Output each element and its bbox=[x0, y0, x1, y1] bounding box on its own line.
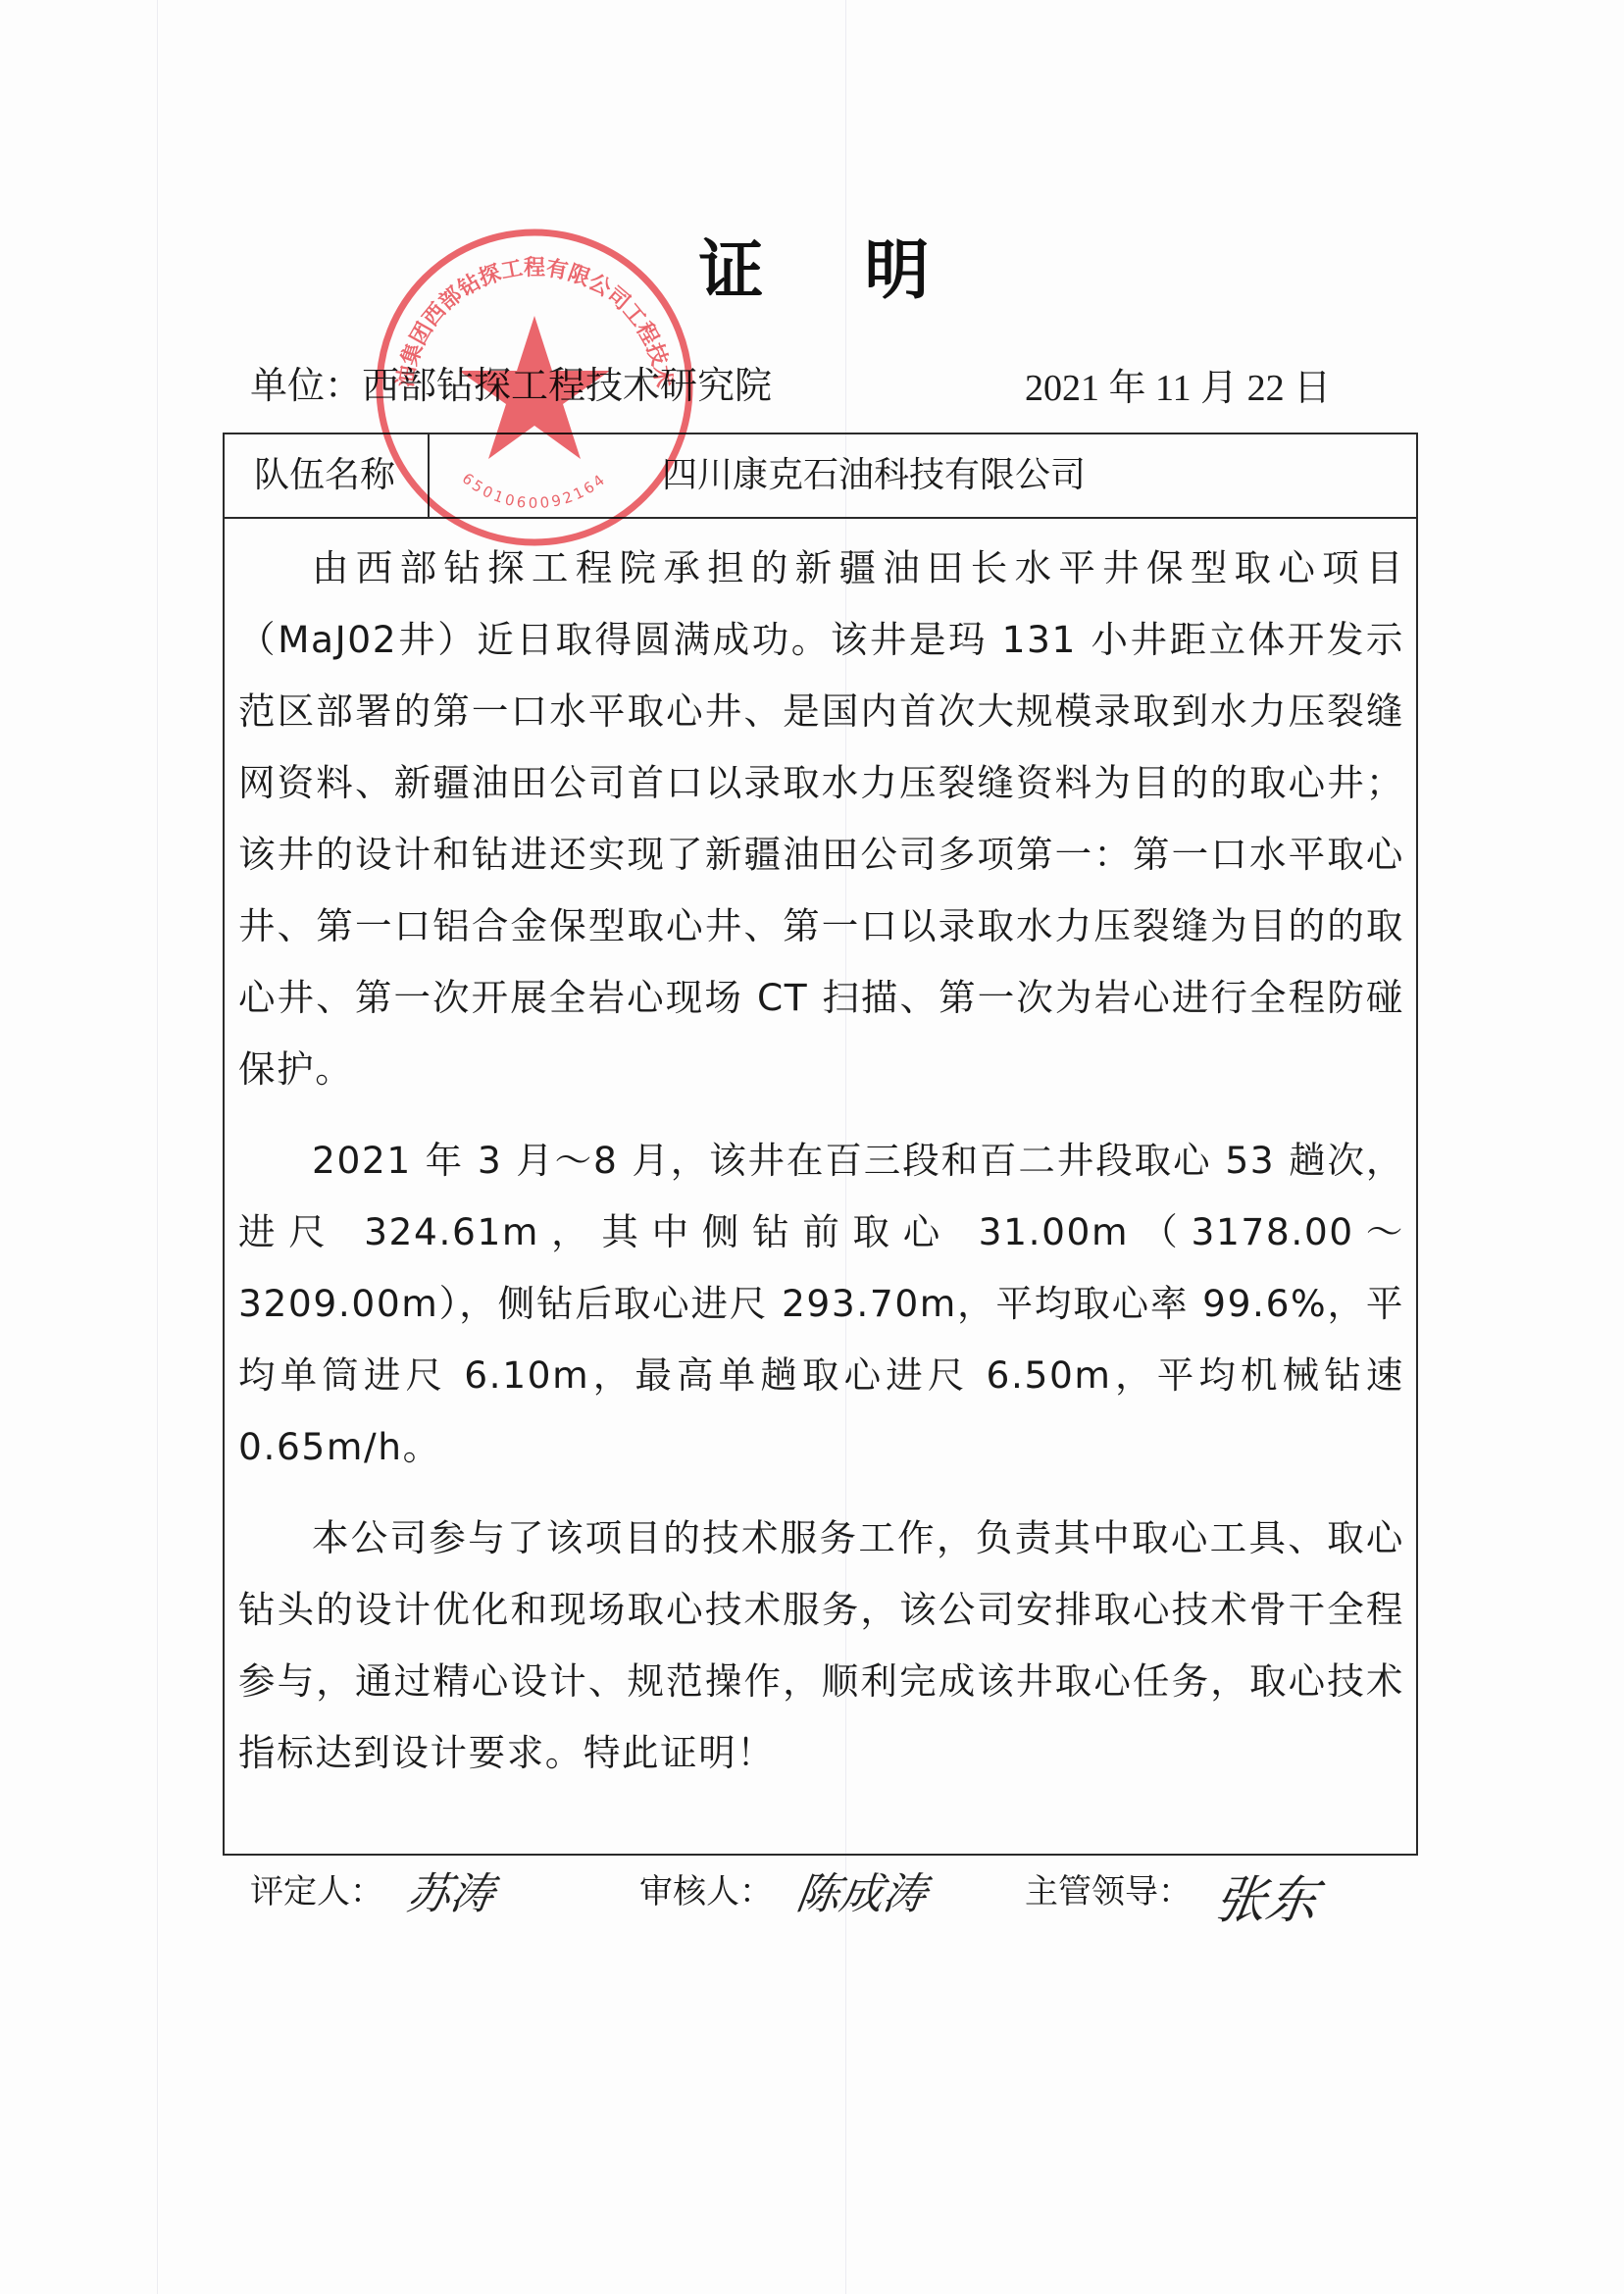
paragraph-statistics: 2021 年 3 月～8 月，该井在百三段和百二井段取心 53 趟次，进尺 32… bbox=[238, 1125, 1404, 1483]
supervisor-signature-block: 主管领导： 张东 bbox=[1025, 1859, 1318, 1932]
supervisor-signature: 张东 bbox=[1211, 1859, 1324, 1932]
document-date: 2021 年 11 月 22 日 bbox=[1025, 357, 1331, 411]
team-label: 队伍名称 bbox=[225, 434, 430, 517]
document-title: 证 明 bbox=[0, 218, 1624, 311]
signature-row: 评定人： 苏涛 审核人： 陈成涛 主管领导： 张东 bbox=[250, 1859, 1427, 1976]
unit-line: 单位：西部钻探工程技术研究院 bbox=[250, 355, 772, 409]
team-row: 队伍名称 四川康克石油科技有限公司 bbox=[225, 434, 1416, 519]
evaluator-signature: 苏涛 bbox=[403, 1859, 498, 1921]
reviewer-label: 审核人： bbox=[639, 1864, 773, 1912]
scan-artifact-line bbox=[157, 0, 158, 2294]
certificate-body: 由西部钻探工程院承担的新疆油田长水平井保型取心项目（MaJ02井）近日取得圆满成… bbox=[238, 533, 1404, 1809]
reviewer-signature: 陈成涛 bbox=[792, 1859, 931, 1921]
evaluator-label: 评定人： bbox=[250, 1864, 383, 1912]
certificate-table: 队伍名称 四川康克石油科技有限公司 由西部钻探工程院承担的新疆油田长水平井保型取… bbox=[223, 433, 1418, 1856]
team-value: 四川康克石油科技有限公司 bbox=[430, 434, 1416, 517]
reviewer-signature-block: 审核人： 陈成涛 bbox=[639, 1859, 927, 1921]
paragraph-project: 由西部钻探工程院承担的新疆油田长水平井保型取心项目（MaJ02井）近日取得圆满成… bbox=[238, 533, 1404, 1105]
evaluator-signature-block: 评定人： 苏涛 bbox=[250, 1859, 494, 1921]
supervisor-label: 主管领导： bbox=[1025, 1864, 1192, 1912]
paragraph-service: 本公司参与了该项目的技术服务工作，负责其中取心工具、取心钻头的设计优化和现场取心… bbox=[238, 1503, 1404, 1789]
